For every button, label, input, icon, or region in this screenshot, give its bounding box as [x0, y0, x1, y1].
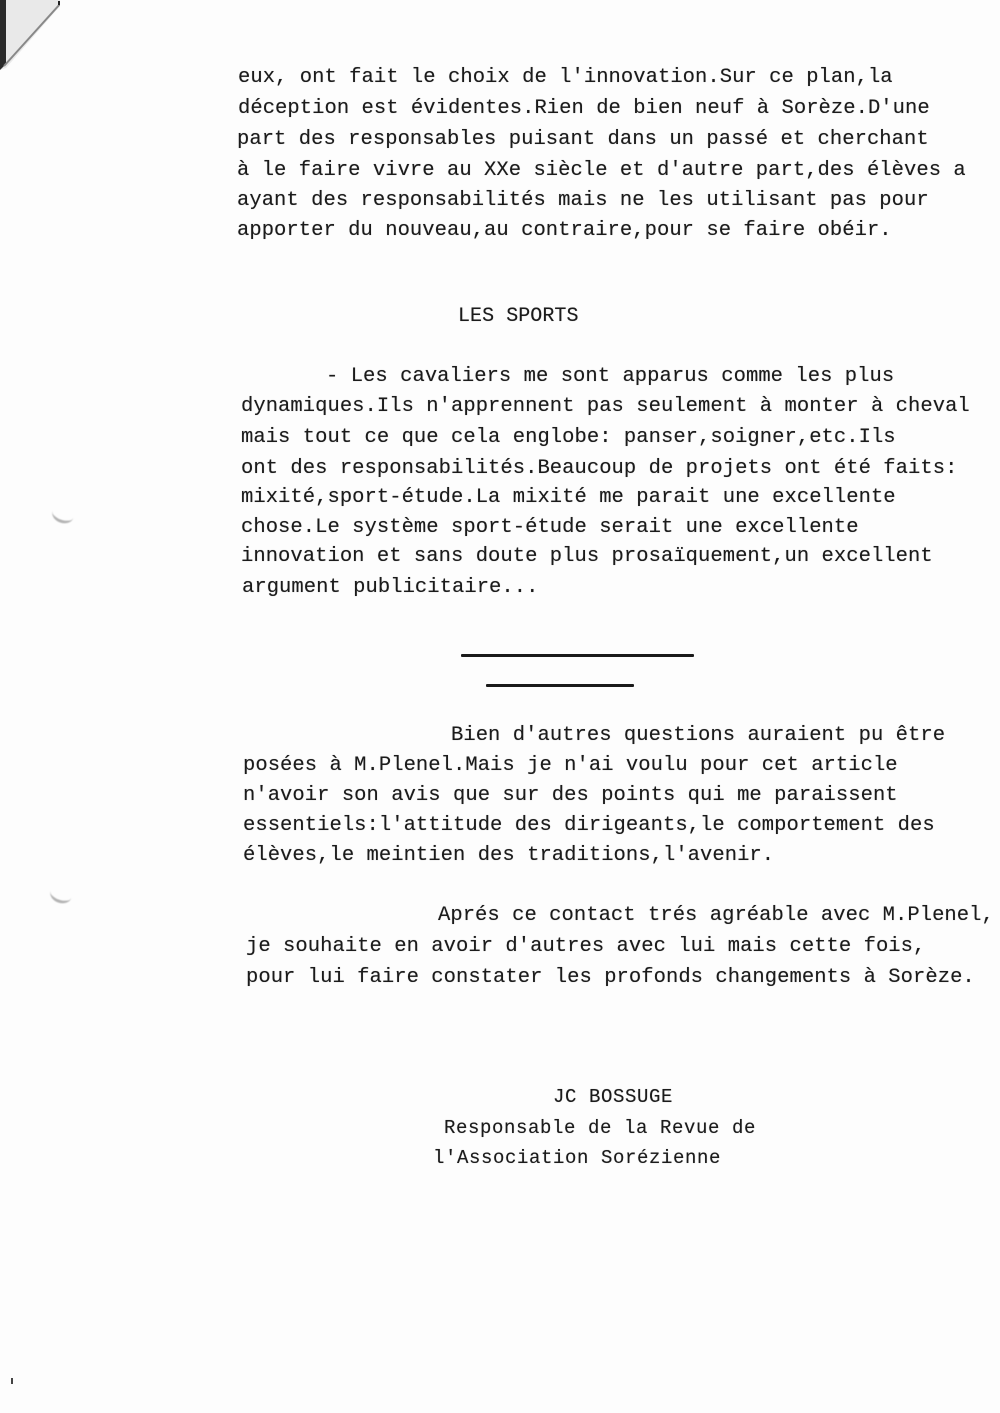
text-line: argument publicitaire... [242, 576, 538, 600]
text-line: ont des responsabilités.Beaucoup de proj… [241, 457, 957, 481]
separator-rule-short [486, 684, 634, 687]
author-name: JC BOSSUGE [553, 1085, 673, 1109]
author-title: Responsable de la Revue de [444, 1116, 756, 1140]
separator-rule-long [461, 654, 694, 657]
text-line: mixité,sport-étude.La mixité me parait u… [241, 486, 896, 510]
text-line: part des responsables puisant dans un pa… [237, 128, 929, 152]
text-line: innovation et sans doute plus prosaïquem… [241, 545, 933, 569]
text-line: ayant des responsabilités mais ne les ut… [237, 189, 929, 213]
text-line: je souhaite en avoir d'autres avec lui m… [246, 935, 925, 959]
text-line: à le faire vivre au XXe siècle et d'autr… [237, 159, 966, 183]
text-line: élèves,le meintien des traditions,l'aven… [243, 844, 774, 868]
text-line: essentiels:l'attitude des dirigeants,le … [243, 814, 935, 838]
text-line: mais tout ce que cela englobe: panser,so… [241, 426, 896, 450]
text-line: chose.Le système sport-étude serait une … [241, 516, 859, 540]
text-line: apporter du nouveau,au contraire,pour se… [237, 219, 892, 243]
scanned-page: eux, ont fait le choix de l'innovation.S… [0, 0, 1000, 1413]
section-heading: LES SPORTS [458, 305, 579, 329]
text-line: - Les cavaliers me sont apparus comme le… [326, 365, 894, 389]
page-curl-corner [0, 0, 60, 72]
text-line: eux, ont fait le choix de l'innovation.S… [238, 66, 893, 90]
text-line: Aprés ce contact trés agréable avec M.Pl… [438, 904, 994, 928]
punch-hole-mark [50, 503, 76, 526]
text-line: pour lui faire constater les profonds ch… [246, 966, 975, 990]
text-line: n'avoir son avis que sur des points qui … [243, 784, 898, 808]
punch-hole-mark [48, 883, 74, 906]
text-line: déception est évidentes.Rien de bien neu… [238, 97, 930, 121]
text-line: Bien d'autres questions auraient pu être [451, 724, 945, 748]
text-line: dynamiques.Ils n'apprennent pas seulemen… [241, 395, 970, 419]
author-organization: l'Association Sorézienne [433, 1146, 721, 1170]
scan-speck [11, 1378, 13, 1384]
text-line: posées à M.Plenel.Mais je n'ai voulu pou… [243, 754, 898, 778]
